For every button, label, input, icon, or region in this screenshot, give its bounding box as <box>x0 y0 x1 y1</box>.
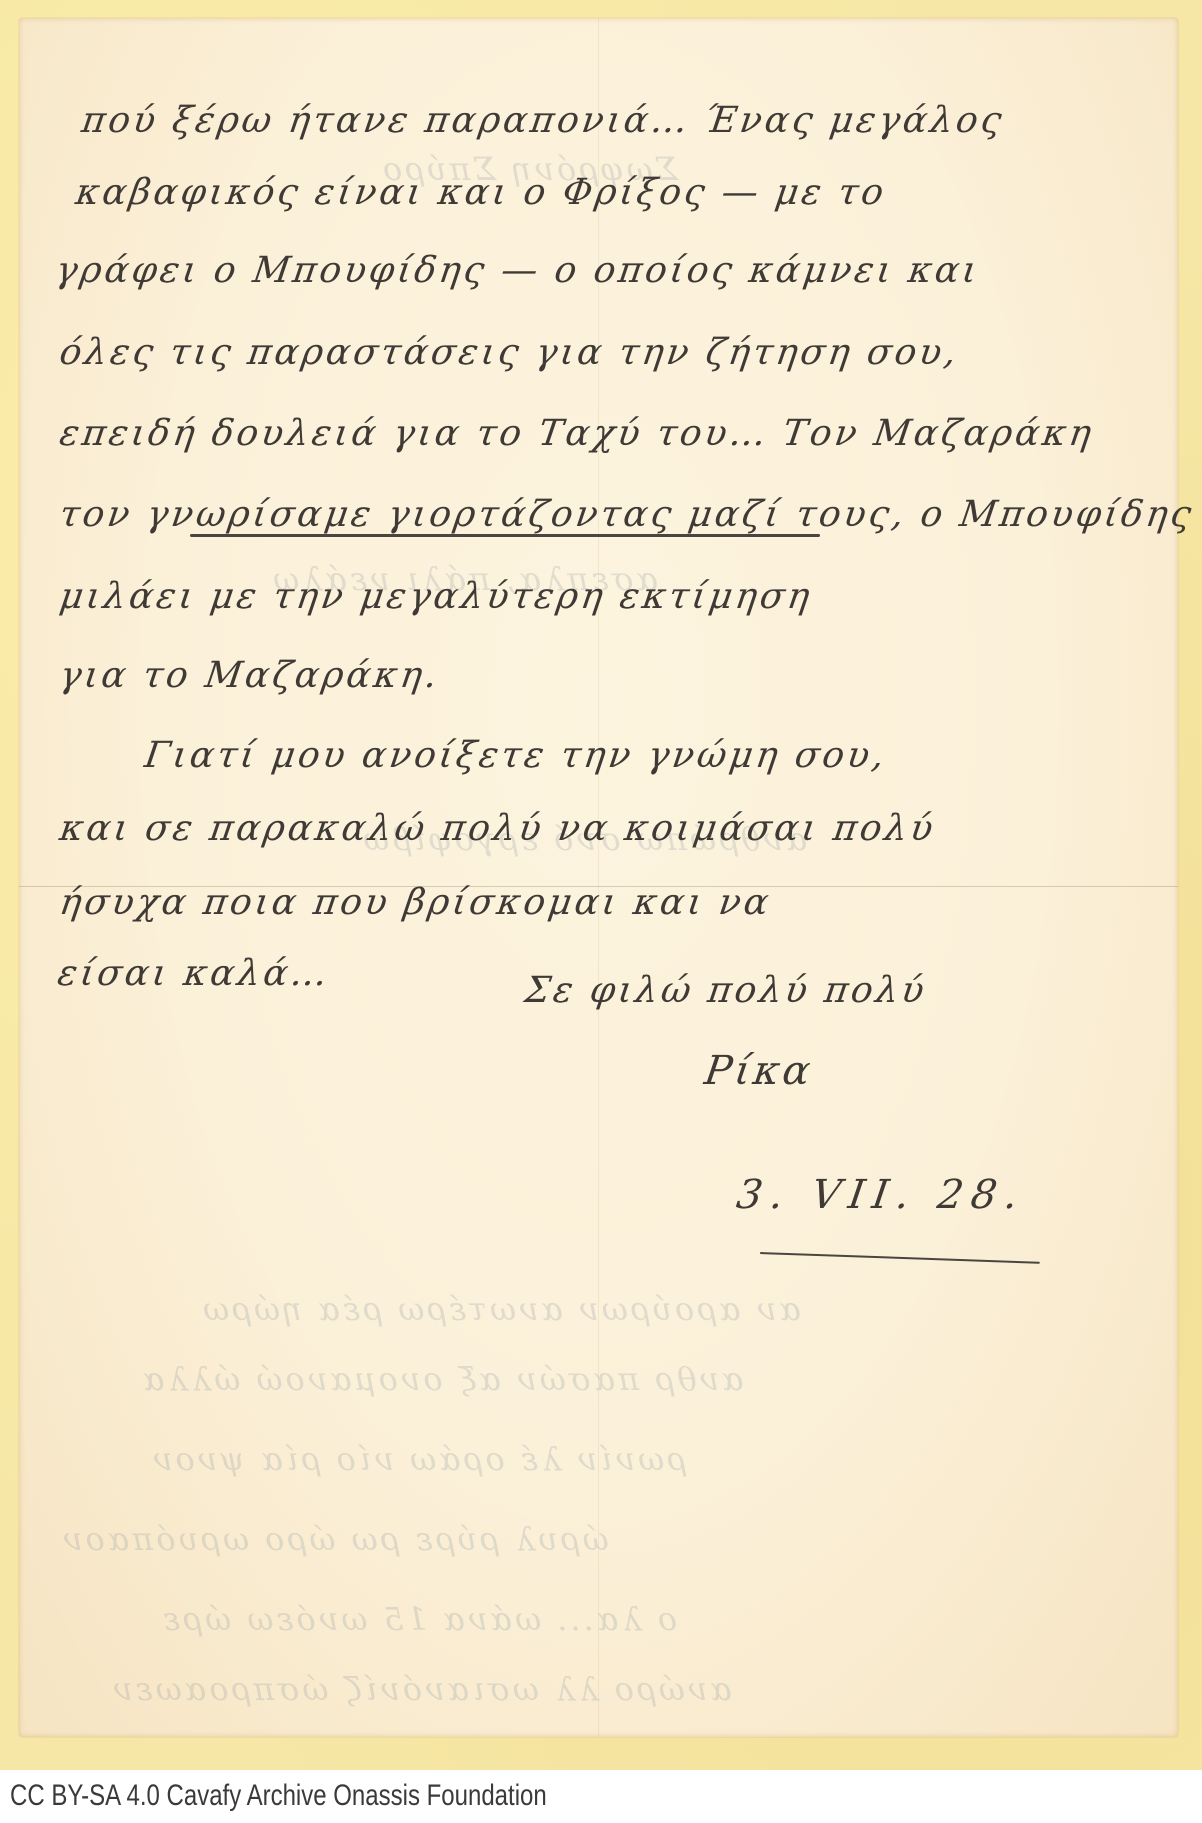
letter-signature: Ρίκα <box>702 1048 816 1094</box>
letter-closing: Σε φιλώ πολύ πολύ <box>522 970 929 1011</box>
letter-line-1: πού ξέρω ήτανε παραπονιά… Ένας μεγάλος <box>79 100 1007 141</box>
letter-line-4: όλες τις παραστάσεις για την ζήτηση σου, <box>57 332 962 373</box>
letter-date: 3. VII. 28. <box>734 1172 1029 1218</box>
letter-line-2: καβαφικός είναι και ο Φρίξος — με το <box>73 172 889 213</box>
letter-line-5: επειδή δουλειά για το Ταχύ του… Τον Μαζα… <box>57 413 1097 454</box>
phrase-underline <box>190 534 820 537</box>
license-caption: CC BY-SA 4.0 Cavafy Archive Onassis Foun… <box>10 1779 547 1813</box>
letter-line-12: είσαι καλά… <box>55 953 333 994</box>
show-through-text: ώρυλ ρύρε ρω ώρο ωρυόπαον <box>60 1520 609 1558</box>
show-through-text: ρωνίν λέ οράω νίο ρία ψνον <box>150 1440 686 1478</box>
letter-line-7: μιλάει με την μεγαλύτερη εκτίμηση <box>57 576 815 617</box>
letter-line-3: γράφει ο Μπουφίδης — ο οποίος κάμνει και <box>53 250 982 291</box>
letter-line-9: Γιατί μου ανοίξετε την γνώμη σου, <box>142 735 889 776</box>
letter-line-10: και σε παρακαλώ πολύ να κοιμάσαι πολύ <box>57 808 938 849</box>
show-through-text: αν αρούρων ανωτέρω ρέα ηώρω <box>200 1290 801 1328</box>
show-through-text: ανώρο λλ ωσιανόνίζ ώσπροαωεν <box>110 1670 732 1708</box>
letter-line-6: τον γνωρίσαμε γιορτάζοντας μαζί τους, ο … <box>57 494 1197 535</box>
letter-line-11: ήσυχα ποια που βρίσκομαι και να <box>57 882 774 923</box>
letter-line-8: για το Μαζαράκη. <box>57 655 442 696</box>
show-through-text: ανθρ πασών αξ ονομανοώ ώλλα <box>140 1360 744 1398</box>
show-through-text: ο λα... ωάνα 15 ωνόεω ώρε <box>160 1600 677 1638</box>
